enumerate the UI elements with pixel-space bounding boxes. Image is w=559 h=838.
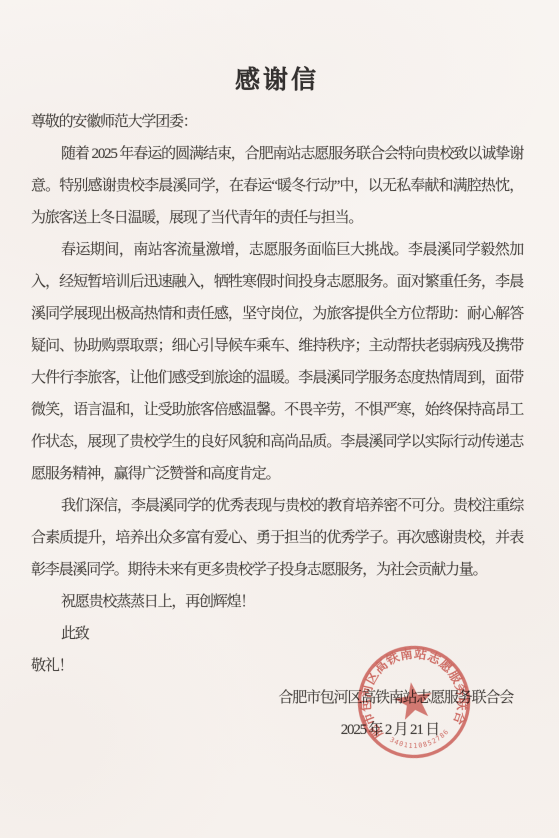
signature-line: 合肥市包河区高铁南站志愿服务联合会 [31,682,523,714]
closing-cizhi: 此致 [31,618,523,650]
letter-paragraph-1: 随着 2025 年春运的圆满结束，合肥南站志愿服务联合会特向贵校致以诚挚谢意。特… [31,138,523,234]
letter-body: 感谢信 尊敬的安徽师范大学团委： 随着 2025 年春运的圆满结束，合肥南站志愿… [0,0,559,746]
letter-title: 感谢信 [31,62,523,100]
date-line: 2025 年 2 月 21 日 [31,714,523,746]
letter-paragraph-2: 春运期间，南站客流量激增，志愿服务面临巨大挑战。李晨溪同学毅然加入，经短暂培训后… [31,234,523,490]
letter-text: 尊敬的安徽师范大学团委： 随着 2025 年春运的圆满结束，合肥南站志愿服务联合… [31,106,523,746]
wish-line: 祝愿贵校蒸蒸日上，再创辉煌！ [31,586,523,618]
closing-jingli: 敬礼！ [31,650,523,682]
salutation-line: 尊敬的安徽师范大学团委： [31,106,523,138]
letter-paragraph-3: 我们深信，李晨溪同学的优秀表现与贵校的教育培养密不可分。贵校注重综合素质提升，培… [31,490,523,586]
scanned-letter-page: 感谢信 尊敬的安徽师范大学团委： 随着 2025 年春运的圆满结束，合肥南站志愿… [0,0,559,838]
